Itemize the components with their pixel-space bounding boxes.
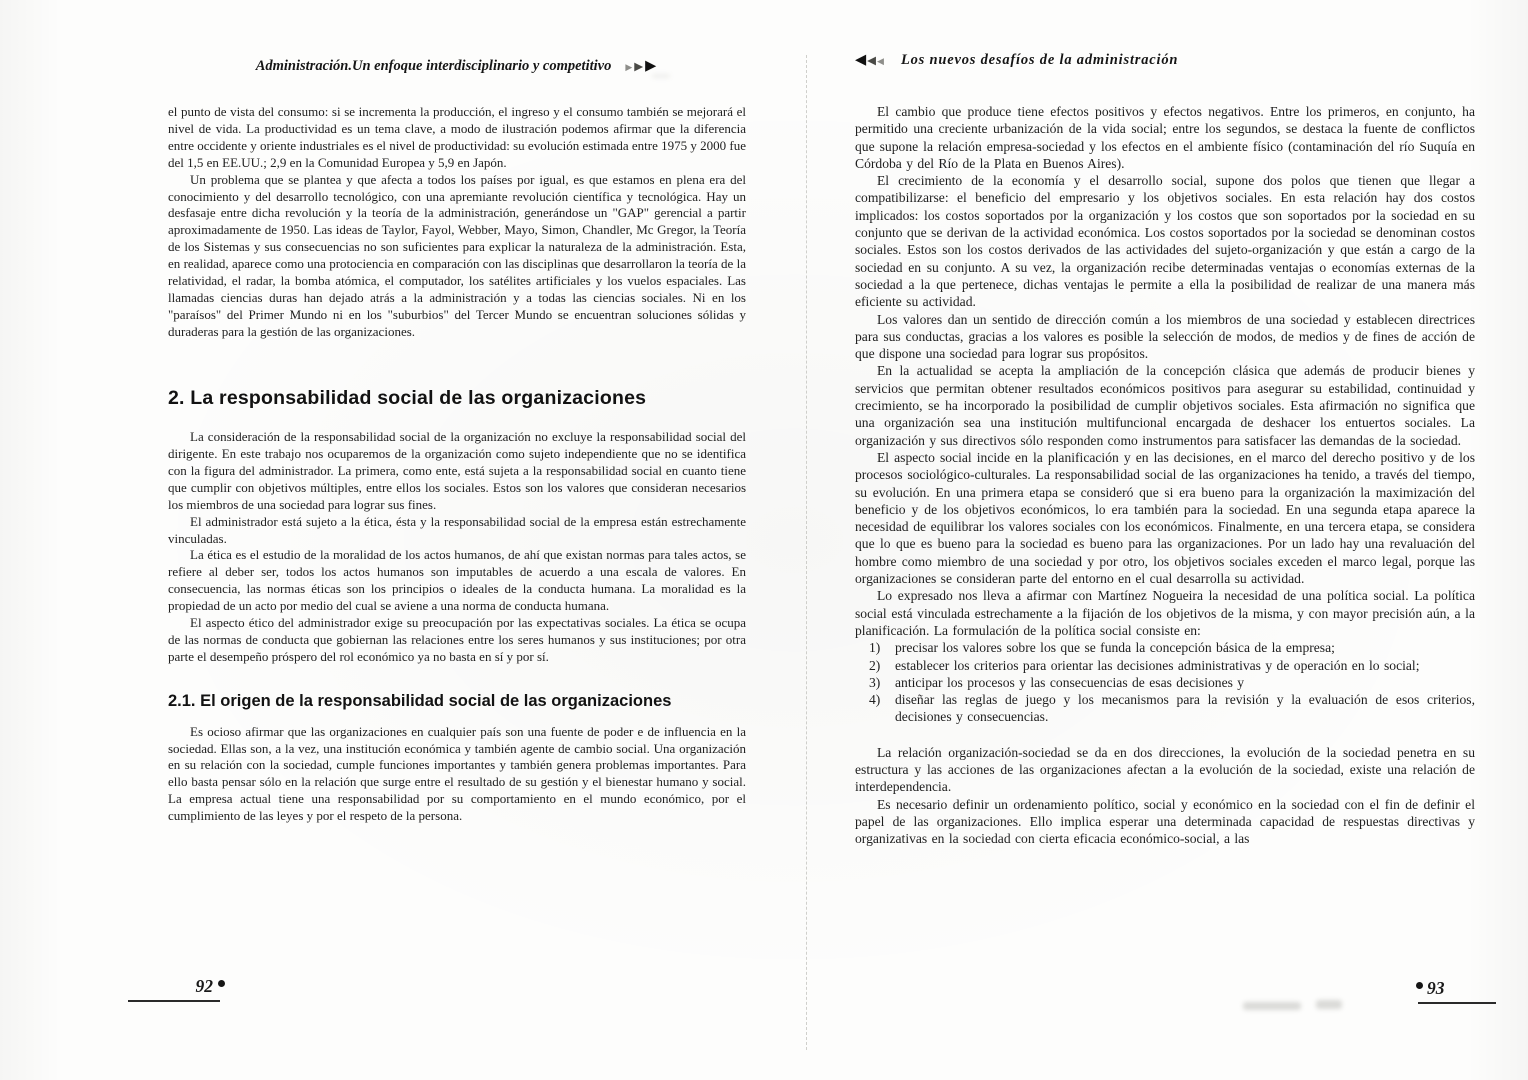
left-page: Administración.Un enfoque interdisciplin…: [168, 58, 746, 825]
left-page-body: el punto de vista del consumo: si se inc…: [168, 104, 746, 825]
paragraph: El administrador está sujeto a la ética,…: [168, 514, 746, 548]
list-item: 3) anticipar los procesos y las consecue…: [869, 674, 1475, 691]
list-item-text: diseñar las reglas de juego y los mecani…: [895, 691, 1475, 726]
list-item-text: precisar los valores sobre los que se fu…: [895, 639, 1475, 656]
policy-list: 1) precisar los valores sobre los que se…: [855, 639, 1475, 725]
paragraph: Un problema que se plantea y que afecta …: [168, 172, 746, 341]
right-page-body: El cambio que produce tiene efectos posi…: [855, 103, 1475, 847]
section-heading-2: 2. La responsabilidad social de las orga…: [168, 387, 746, 409]
page-number-text: 92: [196, 976, 214, 996]
forward-arrow-icon: ▶: [625, 63, 634, 72]
list-item: 4) diseñar las reglas de juego y los mec…: [869, 691, 1475, 726]
scan-smudge: [1243, 1002, 1301, 1010]
paragraph: En la actualidad se acepta la ampliación…: [855, 362, 1475, 448]
left-page-number: 92: [130, 976, 225, 997]
back-arrow-icon: ◀: [867, 56, 877, 68]
right-page-number: 93: [1416, 978, 1500, 999]
paragraph: La ética es el estudio de la moralidad d…: [168, 547, 746, 615]
page-marker-dot-icon: [1416, 982, 1423, 989]
left-running-head-title: Administración.Un enfoque interdisciplin…: [256, 58, 612, 74]
page-number-rule: [128, 1000, 220, 1002]
list-item-number: 3): [869, 674, 895, 691]
left-running-head: Administración.Un enfoque interdisciplin…: [168, 58, 746, 75]
list-item-number: 2): [869, 657, 895, 674]
paragraph: La consideración de la responsabilidad s…: [168, 429, 746, 514]
forward-arrows-icon: ▶▶▶: [625, 58, 658, 75]
paragraph: El aspecto ético del administrador exige…: [168, 615, 746, 666]
right-running-head-title: Los nuevos desafíos de la administración: [901, 52, 1178, 68]
back-arrows-icon: ◀◀◀: [855, 52, 885, 69]
right-running-head: ◀◀◀Los nuevos desafíos de la administrac…: [855, 52, 1475, 69]
book-spread: Administración.Un enfoque interdisciplin…: [0, 0, 1528, 1080]
page-fold-line: [806, 55, 807, 1050]
forward-arrow-icon: ▶: [645, 59, 658, 74]
list-item: 2) establecer los criterios para orienta…: [869, 657, 1475, 674]
paragraph: El cambio que produce tiene efectos posi…: [855, 103, 1475, 172]
list-item-text: anticipar los procesos y las consecuenci…: [895, 674, 1475, 691]
list-item-number: 4): [869, 691, 895, 708]
paragraph: El aspecto social incide en la planifica…: [855, 449, 1475, 587]
paragraph: El crecimiento de la economía y el desar…: [855, 172, 1475, 310]
paragraph: Los valores dan un sentido de dirección …: [855, 311, 1475, 363]
right-page: ◀◀◀Los nuevos desafíos de la administrac…: [855, 52, 1475, 847]
page-number-text: 93: [1427, 978, 1445, 998]
list-item: 1) precisar los valores sobre los que se…: [869, 639, 1475, 656]
page-marker-dot-icon: [218, 980, 225, 987]
list-item-number: 1): [869, 639, 895, 656]
paragraph: Es necesario definir un ordenamiento pol…: [855, 796, 1475, 848]
forward-arrow-icon: ▶: [634, 62, 645, 74]
paragraph: Es ocioso afirmar que las organizaciones…: [168, 724, 746, 825]
section-heading-2-1: 2.1. El origen de la responsabilidad soc…: [168, 692, 746, 712]
list-item-text: establecer los criterios para orientar l…: [895, 657, 1475, 674]
paragraph: el punto de vista del consumo: si se inc…: [168, 104, 746, 172]
back-arrow-icon: ◀: [877, 57, 885, 66]
page-number-rule: [1418, 1002, 1496, 1004]
back-arrow-icon: ◀: [855, 53, 867, 68]
scan-smudge: [1316, 1000, 1342, 1009]
paragraph: Lo expresado nos lleva a afirmar con Mar…: [855, 587, 1475, 639]
paragraph: La relación organización-sociedad se da …: [855, 744, 1475, 796]
